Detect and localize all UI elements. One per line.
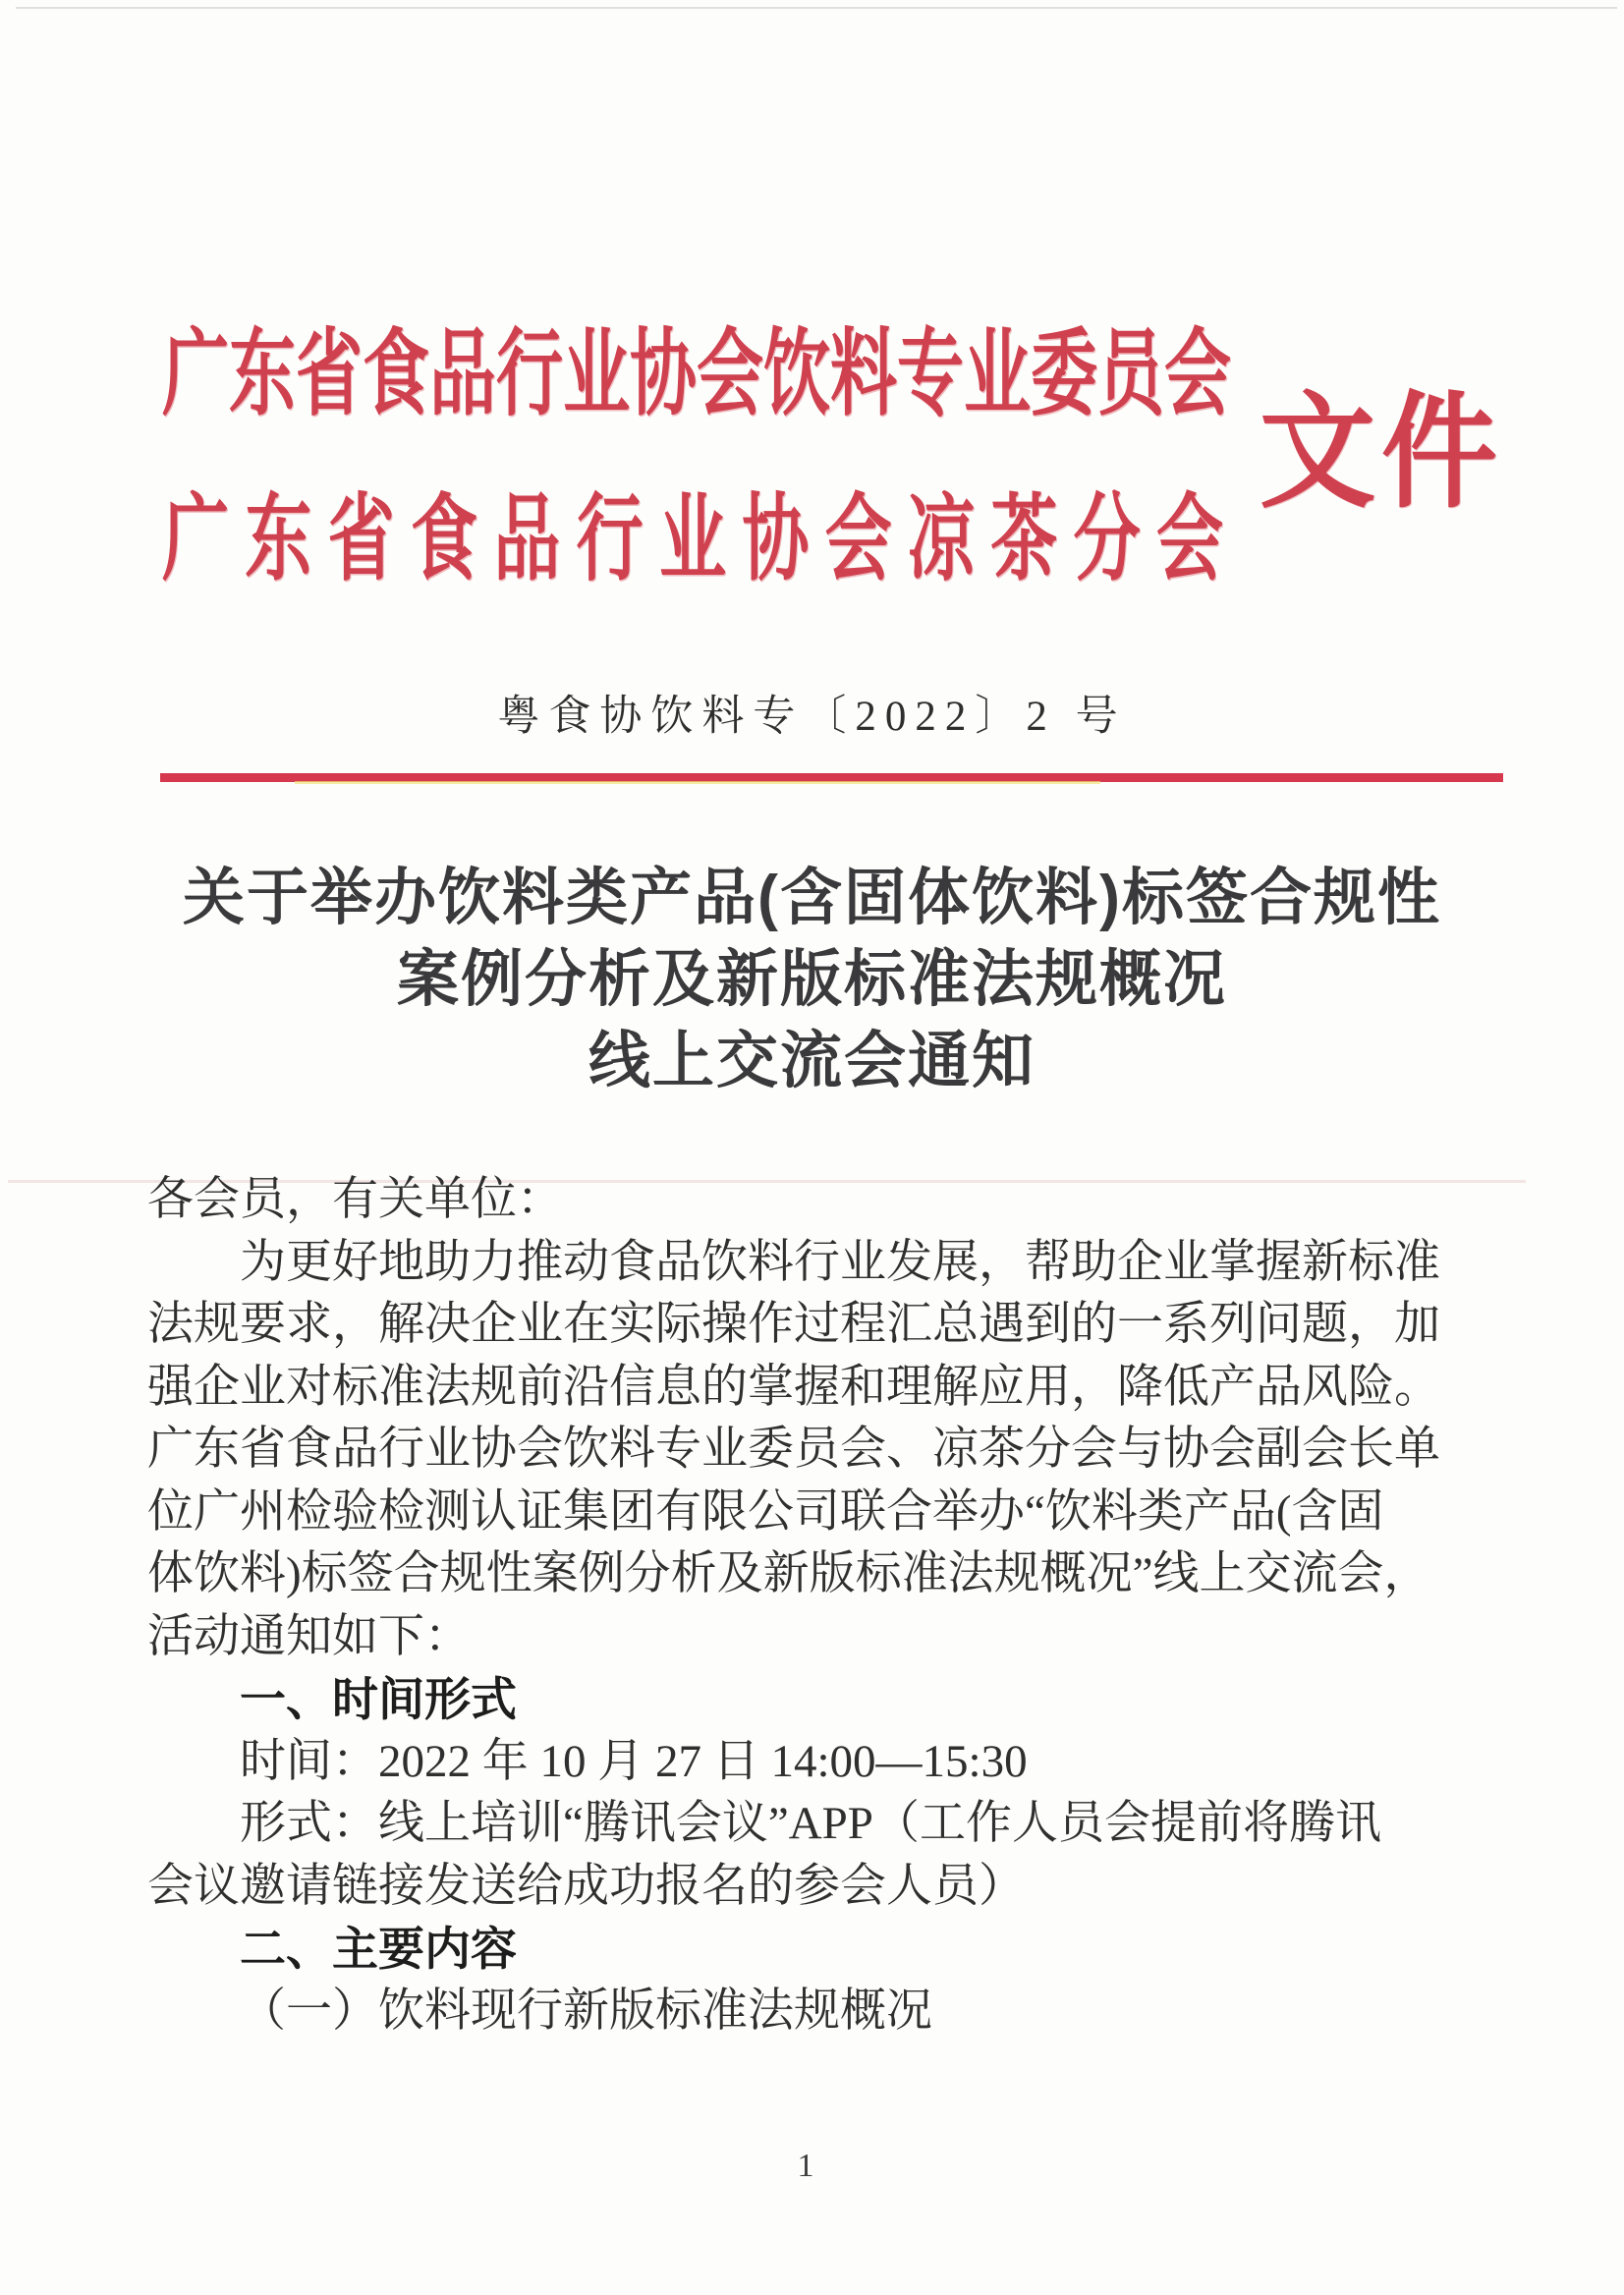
body-line-time: 时间：2022 年 10 月 27 日 14:00—15:30 bbox=[147, 1731, 1464, 1794]
document-number: 粤食协饮料专〔2022〕2 号 bbox=[0, 683, 1624, 743]
body-line: 位广州检验检测认证集团有限公司联合举办“饮料类产品(含固 bbox=[147, 1482, 1464, 1544]
document-body: 各会员，有关单位： 为更好地助力推动食品饮料行业发展，帮助企业掌握新标准 法规要… bbox=[147, 1169, 1464, 2043]
body-line: 强企业对标准法规前沿信息的掌握和理解应用，降低产品风险。 bbox=[147, 1357, 1464, 1420]
body-line: 广东省食品行业协会饮料专业委员会、凉茶分会与协会副会长单 bbox=[147, 1419, 1464, 1482]
body-line: 体饮料)标签合规性案例分析及新版标准法规概况”线上交流会， bbox=[147, 1543, 1464, 1606]
body-line: 为更好地助力推动食品饮料行业发展，帮助企业掌握新标准 bbox=[147, 1232, 1464, 1295]
body-line: 法规要求，解决企业在实际操作过程汇总遇到的一系列问题，加 bbox=[147, 1294, 1464, 1357]
salutation: 各会员，有关单位： bbox=[147, 1169, 1464, 1232]
body-line: 活动通知如下： bbox=[147, 1606, 1464, 1669]
body-line-item-1: （一）饮料现行新版标准法规概况 bbox=[147, 1981, 1464, 2043]
letterhead-rule-glow bbox=[295, 781, 1100, 784]
title-line-3: 线上交流会通知 bbox=[0, 1021, 1624, 1102]
document-title: 关于举办饮料类产品(含固体饮料)标签合规性 案例分析及新版标准法规概况 线上交流… bbox=[0, 858, 1624, 1102]
title-line-1: 关于举办饮料类产品(含固体饮料)标签合规性 bbox=[0, 858, 1624, 939]
body-line: 会议邀请链接发送给成功报名的参会人员） bbox=[147, 1856, 1464, 1919]
body-line-format: 形式：线上培训“腾讯会议”APP（工作人员会提前将腾讯 bbox=[147, 1793, 1464, 1856]
section-heading-time-format: 一、时间形式 bbox=[147, 1668, 1464, 1731]
letterhead-org-line-1: 广东省食品行业协会饮料专业委员会 bbox=[162, 325, 1223, 424]
letterhead-doc-type: 文件 bbox=[1260, 391, 1503, 516]
scan-artifact-top-line bbox=[16, 7, 1617, 9]
title-line-2: 案例分析及新版标准法规概况 bbox=[0, 939, 1624, 1021]
page-number: 1 bbox=[0, 2148, 1611, 2185]
document-page: 广东省食品行业协会饮料专业委员会 广东省食品行业协会凉茶分会 文件 粤食协饮料专… bbox=[0, 0, 1624, 2295]
section-heading-main-content: 二、主要内容 bbox=[147, 1918, 1464, 1981]
letterhead-org-line-2: 广东省食品行业协会凉茶分会 bbox=[162, 490, 1223, 589]
